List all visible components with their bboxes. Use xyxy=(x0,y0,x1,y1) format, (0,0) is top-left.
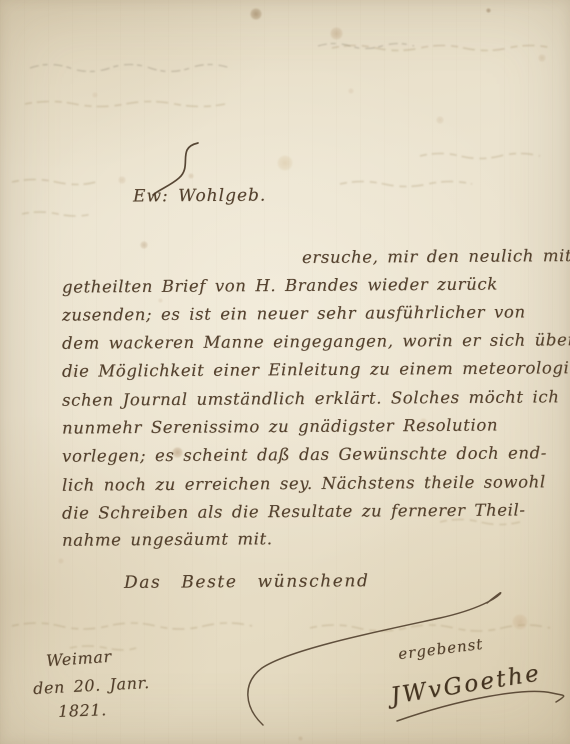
letter-line: vorlegen; es scheint daß das Gewünschte … xyxy=(62,443,547,465)
foxing-spot xyxy=(92,92,98,98)
foxing-spot xyxy=(512,614,528,630)
salutation: Ew: Wohlgeb. xyxy=(133,186,266,207)
valediction: ergebenst xyxy=(397,635,484,663)
manuscript-letter-page: Ew: Wohlgeb. ersuche, mir den neulich mi… xyxy=(0,0,570,744)
date-year: 1821. xyxy=(58,700,107,721)
foxing-spot xyxy=(277,155,293,171)
pencil-annotation xyxy=(30,44,414,72)
letter-line: nahme ungesäumt mit. xyxy=(62,529,273,549)
letter-line: die Möglichkeit einer Einleitung zu eine… xyxy=(62,358,570,381)
letter-line: getheilten Brief von H. Brandes wieder z… xyxy=(62,274,498,296)
signature: JWvGoethe xyxy=(389,660,543,709)
foxing-spot xyxy=(118,176,126,184)
letter-line: die Schreiben als die Resultate zu ferne… xyxy=(62,500,526,522)
closing-line: Das Beste wünschend xyxy=(124,571,370,593)
foxing-spot xyxy=(250,8,262,20)
letter-line: lich noch zu erreichen sey. Nächstens th… xyxy=(62,472,546,494)
letter-line: schen Journal umständlich erklärt. Solch… xyxy=(62,387,560,409)
letter-line: ersuche, mir den neulich mit xyxy=(302,246,570,267)
foxing-spot xyxy=(538,54,546,62)
place: Weimar xyxy=(45,647,112,671)
foxing-spot xyxy=(140,241,148,249)
foxing-spot xyxy=(58,558,64,564)
letter-line: dem wackeren Manne eingegangen, worin er… xyxy=(62,330,570,353)
foxing-spot xyxy=(298,736,303,741)
letter-line: nunmehr Serenissimo zu gnädigster Resolu… xyxy=(62,415,498,437)
foxing-spot xyxy=(158,298,163,303)
foxing-spot xyxy=(436,116,444,124)
foxing-spot xyxy=(330,27,343,40)
date-day: den 20. Janr. xyxy=(33,673,151,698)
foxing-spot xyxy=(486,8,491,13)
foxing-spot xyxy=(348,88,354,94)
foxing-spot xyxy=(188,173,194,179)
letter-line: zusenden; es ist ein neuer sehr ausführl… xyxy=(62,302,526,324)
